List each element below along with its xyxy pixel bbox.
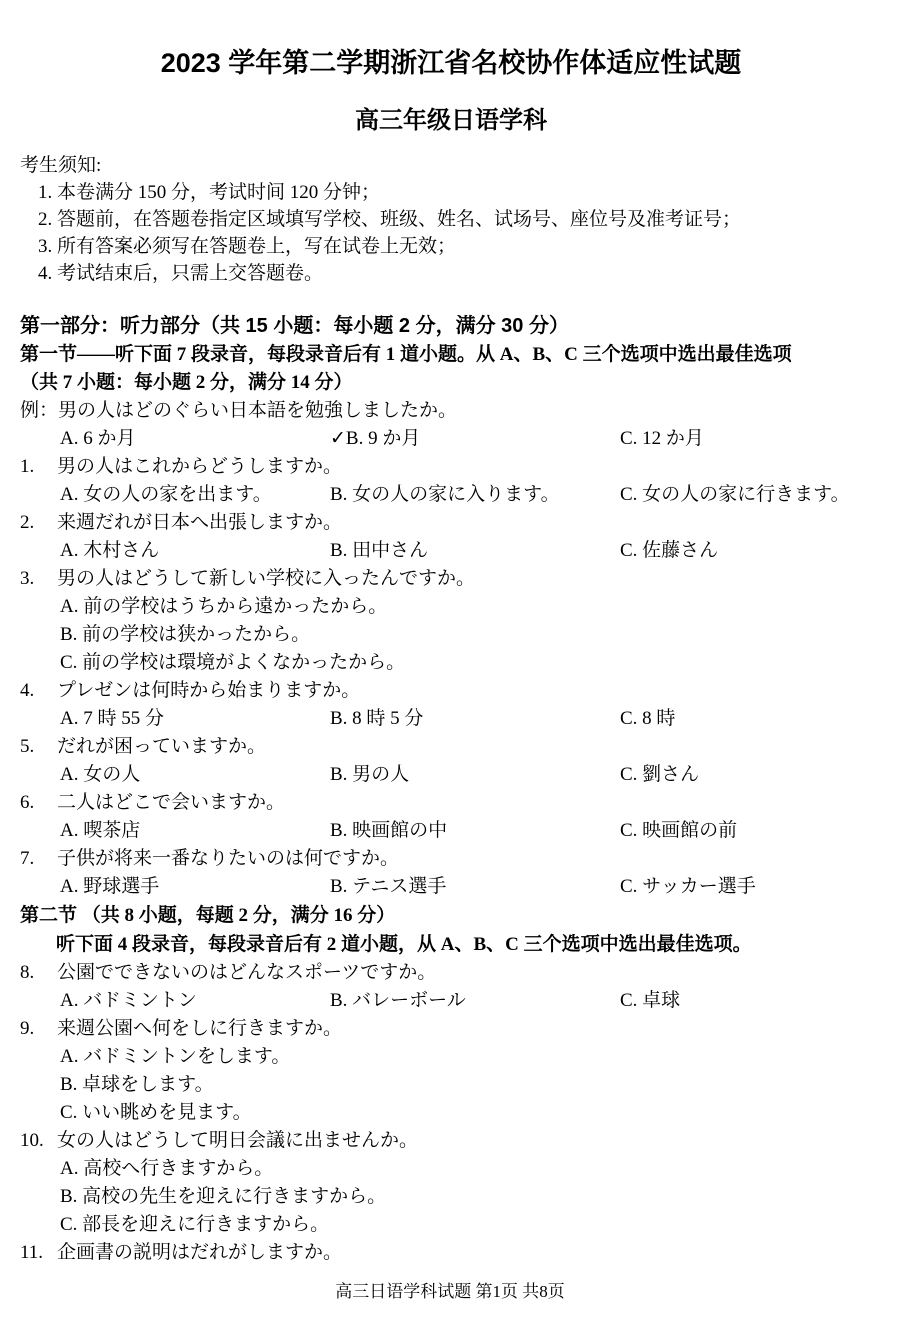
option-b: B. 男の人 [330,761,620,789]
option-c: C. 劉さん [620,761,882,789]
option-a: A. 女の人 [60,761,330,789]
section1-intro-line1: 第一节——听下面 7 段录音，每段录音后有 1 道小题。从 A、B、C 三个选项… [20,341,882,369]
section1-intro-line2: （共 7 小题：每小题 2 分，满分 14 分） [20,369,882,397]
question-text: 企画書の説明はだれがしますか。 [57,1239,882,1267]
page-footer: 高三日语学科试题 第1页 共8页 [0,1277,900,1302]
exam-page: 2023 学年第二学期浙江省名校协作体适应性试题 高三年级日语学科 考生须知: … [0,0,900,1324]
question-item: 10. 女の人はどうして明日会議に出ませんか。 A. 高校へ行きますから。 B.… [20,1127,882,1239]
option-a: A. 木村さん [60,537,330,565]
question-item: 3. 男の人はどうして新しい学校に入ったんですか。 A. 前の学校はうちから遠か… [20,565,882,677]
option-b: B. 映画館の中 [330,817,620,845]
option-b: B. 前の学校は狭かったから。 [20,621,882,649]
option-b: B. 8 時 5 分 [330,705,620,733]
question-number: 5. [20,733,57,761]
option-c: C. 卓球 [620,987,882,1015]
option-c: C. サッカー選手 [620,873,882,901]
option-b: B. バレーボール [330,987,620,1015]
option-c: C. 映画館の前 [620,817,882,845]
section2-heading: 第二节 （共 8 小题，每题 2 分，满分 16 分） [20,901,882,930]
option-c: C. 前の学校は環境がよくなかったから。 [20,649,882,677]
question-text: 公園でできないのはどんなスポーツですか。 [57,959,882,987]
option-a: A. 6 か月 [60,425,330,453]
page-subtitle: 高三年级日语学科 [20,106,882,136]
notice-item: 4. 考试结束后，只需上交答题卷。 [20,260,882,287]
example-question: 例：男の人はどのぐらい日本語を勉強しましたか。 A. 6 か月 ✓B. 9 か月… [20,397,882,453]
question-text: 来週だれが日本へ出張しますか。 [57,509,882,537]
example-question-text: 例：男の人はどのぐらい日本語を勉強しましたか。 [20,397,882,425]
notice-items: 1. 本卷满分 150 分，考试时间 120 分钟； 2. 答题前，在答题卷指定… [20,179,882,287]
question-text: 子供が将来一番なりたいのは何ですか。 [57,845,882,873]
question-text: 男の人はこれからどうしますか。 [57,453,882,481]
question-item: 9. 来週公園へ何をしに行きますか。 A. バドミントンをします。 B. 卓球を… [20,1015,882,1127]
notice-item: 3. 所有答案必须写在答题卷上，写在试卷上无效； [20,233,882,260]
option-c: C. 12 か月 [620,425,882,453]
part1-heading: 第一部分：听力部分（共 15 小题：每小题 2 分，满分 30 分） [20,311,882,341]
question-number: 8. [20,959,57,987]
notice-heading: 考生须知: [20,152,882,179]
question-item: 8. 公園でできないのはどんなスポーツですか。 A. バドミントン B. バレー… [20,959,882,1015]
page-title: 2023 学年第二学期浙江省名校协作体适应性试题 [20,46,882,80]
section2-intro: 听下面 4 段录音，每段录音后有 2 道小题，从 A、B、C 三个选项中选出最佳… [20,930,882,959]
option-a: A. 7 時 55 分 [60,705,330,733]
option-c: C. 佐藤さん [620,537,882,565]
option-c: C. 女の人の家に行きます。 [620,481,882,509]
question-item: 2. 来週だれが日本へ出張しますか。 A. 木村さん B. 田中さん C. 佐藤… [20,509,882,565]
option-a: A. 女の人の家を出ます。 [60,481,330,509]
question-number: 1. [20,453,57,481]
question-item: 6. 二人はどこで会いますか。 A. 喫茶店 B. 映画館の中 C. 映画館の前 [20,789,882,845]
question-text: 二人はどこで会いますか。 [57,789,882,817]
option-b: B. 卓球をします。 [20,1071,882,1099]
option-a: A. 前の学校はうちから遠かったから。 [20,593,882,621]
question-item: 11. 企画書の説明はだれがしますか。 [20,1239,882,1267]
notice-item: 2. 答题前，在答题卷指定区域填写学校、班级、姓名、试场号、座位号及准考证号； [20,206,882,233]
option-a: A. 野球選手 [60,873,330,901]
option-a: A. バドミントンをします。 [20,1043,882,1071]
option-b: B. 女の人の家に入ります。 [330,481,620,509]
question-text: だれが困っていますか。 [57,733,882,761]
option-c: C. 部長を迎えに行きますから。 [20,1211,882,1239]
question-number: 9. [20,1015,57,1043]
option-b-checked: ✓B. 9 か月 [330,425,620,453]
question-text: 女の人はどうして明日会議に出ませんか。 [57,1127,882,1155]
question-item: 5. だれが困っていますか。 A. 女の人 B. 男の人 C. 劉さん [20,733,882,789]
question-item: 1. 男の人はこれからどうしますか。 A. 女の人の家を出ます。 B. 女の人の… [20,453,882,509]
question-number: 4. [20,677,57,705]
candidate-notice: 考生须知: 1. 本卷满分 150 分，考试时间 120 分钟； 2. 答题前，… [20,152,882,287]
option-a: A. 高校へ行きますから。 [20,1155,882,1183]
question-text: プレゼンは何時から始まりますか。 [57,677,882,705]
option-a: A. 喫茶店 [60,817,330,845]
option-b: B. テニス選手 [330,873,620,901]
question-number: 11. [20,1239,57,1267]
notice-item: 1. 本卷满分 150 分，考试时间 120 分钟； [20,179,882,206]
question-number: 10. [20,1127,57,1155]
option-a: A. バドミントン [60,987,330,1015]
question-text: 男の人はどうして新しい学校に入ったんですか。 [57,565,882,593]
option-b: B. 高校の先生を迎えに行きますから。 [20,1183,882,1211]
option-c: C. いい眺めを見ます。 [20,1099,882,1127]
option-c: C. 8 時 [620,705,882,733]
question-number: 2. [20,509,57,537]
question-item: 4. プレゼンは何時から始まりますか。 A. 7 時 55 分 B. 8 時 5… [20,677,882,733]
question-number: 3. [20,565,57,593]
question-number: 7. [20,845,57,873]
question-item: 7. 子供が将来一番なりたいのは何ですか。 A. 野球選手 B. テニス選手 C… [20,845,882,901]
question-number: 6. [20,789,57,817]
option-b: B. 田中さん [330,537,620,565]
question-text: 来週公園へ何をしに行きますか。 [57,1015,882,1043]
